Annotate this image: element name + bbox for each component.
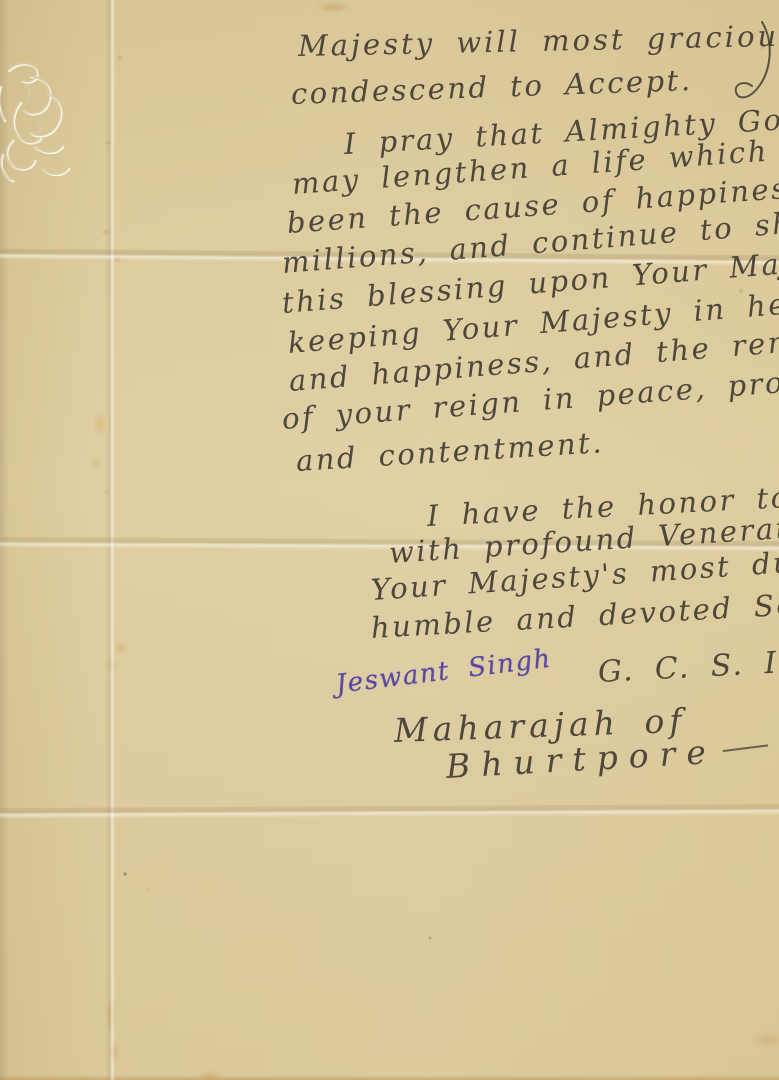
letter-line: and contentment. bbox=[295, 428, 605, 476]
signature-honors: G. C. S. I. bbox=[597, 648, 779, 688]
embossed-crest-lion-icon bbox=[0, 42, 100, 192]
letter-line: condescend to Accept. bbox=[290, 66, 692, 109]
fold-crease-horizontal-3 bbox=[0, 804, 779, 819]
scanned-letter-page: Majesty will most graciously condescend … bbox=[0, 0, 779, 1080]
signature-name: Jeswant Singh bbox=[334, 646, 553, 698]
fold-crease-vertical bbox=[106, 0, 115, 1080]
letter-line: Majesty will most graciously bbox=[298, 21, 779, 61]
